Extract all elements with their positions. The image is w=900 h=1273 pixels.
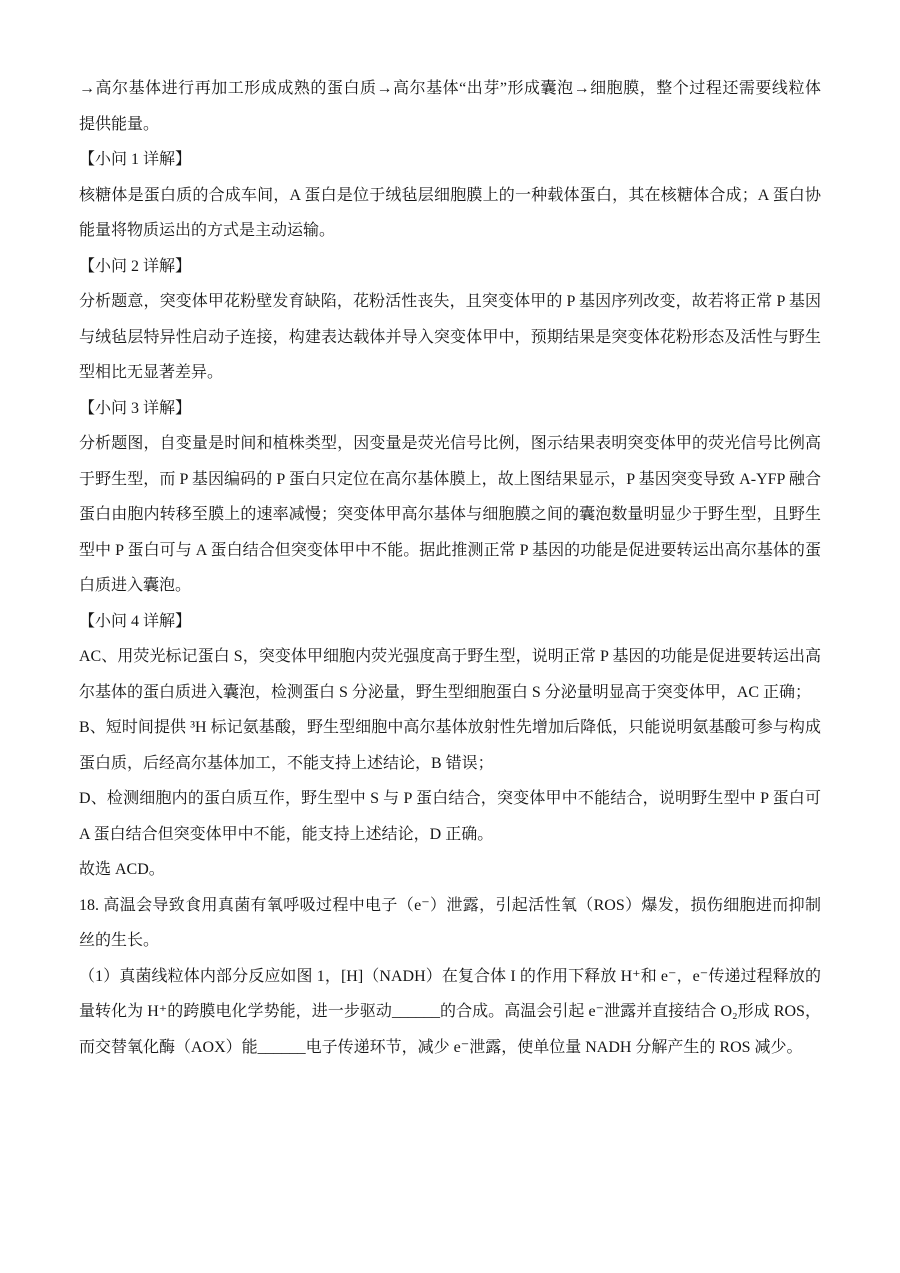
subquestion-3-explanation-line: 分析题图，自变量是时间和植株类型，因变量是荧光信号比例，图示结果表明突变体甲的荧… bbox=[79, 426, 821, 462]
subquestion-2-explanation-line: 分析题意，突变体甲花粉壁发育缺陷，花粉活性丧失，且突变体甲的 P 基因序列改变，… bbox=[79, 284, 821, 320]
subquestion-3-explanation-line: 白质进入囊泡。 bbox=[79, 568, 821, 604]
question-18-stem-line: 丝的生长。 bbox=[79, 923, 821, 959]
option-d-analysis-line: D、检测细胞内的蛋白质互作，野生型中 S 与 P 蛋白结合，突变体甲中不能结合，… bbox=[79, 781, 821, 817]
question-18-part1-line: 量转化为 H⁺的跨膜电化学势能，进一步驱动______的合成。高温会引起 e⁻泄… bbox=[79, 994, 821, 1030]
subquestion-1-explanation-line: 核糖体是蛋白质的合成车间，A 蛋白是位于绒毡层细胞膜上的一种载体蛋白，其在核糖体… bbox=[79, 178, 821, 214]
protein-pathway-continuation-line: 提供能量。 bbox=[79, 107, 821, 143]
subquestion-4-heading: 【小问 4 详解】 bbox=[79, 604, 821, 640]
question-18-part1-line: 而交替氧化酶（AOX）能______电子传递环节，减少 e⁻泄露，使单位量 NA… bbox=[79, 1030, 821, 1066]
option-ac-analysis-line: AC、用荧光标记蛋白 S，突变体甲细胞内荧光强度高于野生型，说明正常 P 基因的… bbox=[79, 639, 821, 675]
option-ac-analysis-line: 尔基体的蛋白质进入囊泡，检测蛋白 S 分泌量，野生型细胞蛋白 S 分泌量明显高于… bbox=[79, 675, 821, 711]
subquestion-1-explanation-line: 能量将物质运出的方式是主动运输。 bbox=[79, 213, 821, 249]
subquestion-3-explanation-line: 型中 P 蛋白可与 A 蛋白结合但突变体甲中不能。据此推测正常 P 基因的功能是… bbox=[79, 533, 821, 569]
question-18-stem-line: 18. 高温会导致食用真菌有氧呼吸过程中电子（e⁻）泄露，引起活性氧（ROS）爆… bbox=[79, 888, 821, 924]
subquestion-2-explanation-line: 型相比无显著差异。 bbox=[79, 355, 821, 391]
question-18-part1-line: （1）真菌线粒体内部分反应如图 1，[H]（NADH）在复合体 I 的作用下释放… bbox=[79, 959, 821, 995]
subquestion-3-explanation-line: 蛋白由胞内转移至膜上的速率减慢；突变体甲高尔基体与细胞膜之间的囊泡数量明显少于野… bbox=[79, 497, 821, 533]
subquestion-2-explanation-line: 与绒毡层特异性启动子连接，构建表达载体并导入突变体甲中，预期结果是突变体花粉形态… bbox=[79, 320, 821, 356]
answer-line: 故选 ACD。 bbox=[79, 852, 821, 888]
subquestion-2-heading: 【小问 2 详解】 bbox=[79, 249, 821, 285]
document-text-block: →高尔基体进行再加工形成成熟的蛋白质→高尔基体“出芽”形成囊泡→细胞膜，整个过程… bbox=[79, 71, 821, 1065]
option-b-analysis-line: 蛋白质，后经高尔基体加工，不能支持上述结论，B 错误； bbox=[79, 746, 821, 782]
subquestion-3-heading: 【小问 3 详解】 bbox=[79, 391, 821, 427]
subquestion-3-explanation-line: 于野生型，而 P 基因编码的 P 蛋白只定位在高尔基体膜上，故上图结果显示，P … bbox=[79, 462, 821, 498]
protein-pathway-continuation-line: →高尔基体进行再加工形成成熟的蛋白质→高尔基体“出芽”形成囊泡→细胞膜，整个过程… bbox=[79, 71, 821, 107]
option-b-analysis-line: B、短时间提供 ³H 标记氨基酸，野生型细胞中高尔基体放射性先增加后降低，只能说… bbox=[79, 710, 821, 746]
document-page: →高尔基体进行再加工形成成熟的蛋白质→高尔基体“出芽”形成囊泡→细胞膜，整个过程… bbox=[0, 0, 900, 1273]
subquestion-1-heading: 【小问 1 详解】 bbox=[79, 142, 821, 178]
option-d-analysis-line: A 蛋白结合但突变体甲中不能，能支持上述结论，D 正确。 bbox=[79, 817, 821, 853]
